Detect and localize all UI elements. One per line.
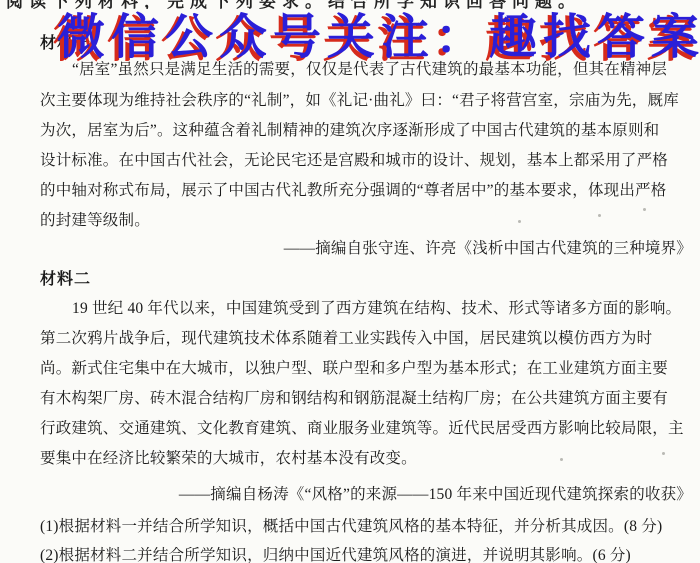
- material1-text-line: 的中轴对称式布局，展示了中国古代礼教所充分强调的“尊者居中”的基本要求，体现出严…: [40, 178, 666, 200]
- material2-attribution: ——摘编自杨涛《“风格”的来源——150 年来中国近现代建筑探索的收获》: [179, 482, 692, 504]
- material1-text-line: 设计标准。在中国古代社会，无论民宅还是宫殿和城市的设计、规划，基本上都采用了严格: [40, 148, 668, 170]
- scanned-exam-page: 阅读下列材料，完成下列要求。结合所学知识回答问题。 微信公众号关注：趣找答案 材…: [0, 0, 700, 563]
- material2-text-line: 19 世纪 40 年代以来，中国建筑受到了西方建筑在结构、技术、形式等诸多方面的…: [72, 296, 681, 318]
- material1-text-line: 为次，居室为后”。这种蕴含着礼制精神的建筑次序逐渐形成了中国古代建筑的基本原则和: [40, 118, 659, 140]
- question-1: (1)根据材料一并结合所学知识，概括中国古代建筑风格的基本特征，并分析其成因。(…: [40, 514, 662, 536]
- scan-speck: [662, 452, 665, 455]
- material1-text-line: 次主要体现为维持社会秩序的“礼制”，如《礼记·曲礼》曰：“君子将营宫室，宗庙为先…: [40, 88, 679, 110]
- scan-speck: [560, 458, 563, 461]
- material2-text-line: 行政建筑、交通建筑、文化教育建筑、商业服务业建筑等。近代民居受西方影响比较局限，…: [40, 416, 684, 438]
- material2-text-line: 尚。新式住宅集中在大城市，以独户型、联户型和多户型为基本形式；在工业建筑方面主要: [40, 356, 668, 378]
- material2-text-line: 要集中在经济比较繁荣的大城市，农村基本没有改变。: [40, 446, 417, 468]
- wechat-watermark-text: 微信公众号关注：趣找答案: [57, 0, 700, 67]
- material2-text-line: 第二次鸦片战争后，现代建筑技术体系随着工业实践传入中国，居民建筑以模仿西方为时: [40, 326, 652, 348]
- material1-attribution: ——摘编自张守连、许亮《浅析中国古代建筑的三种境界》: [284, 236, 692, 258]
- material2-label: 材料二: [40, 266, 91, 289]
- material1-text-line: 的封建等级制。: [40, 208, 150, 230]
- question-2: (2)根据材料二并结合所学知识，归纳中国近代建筑风格的演进，并说明其影响。(6 …: [40, 543, 631, 563]
- scan-speck: [643, 208, 646, 211]
- scan-speck: [598, 214, 601, 217]
- scan-speck: [518, 220, 521, 223]
- material2-text-line: 有木构架厂房、砖木混合结构厂房和钢结构和钢筋混凝土结构厂房；在公共建筑方面主要有: [40, 386, 668, 408]
